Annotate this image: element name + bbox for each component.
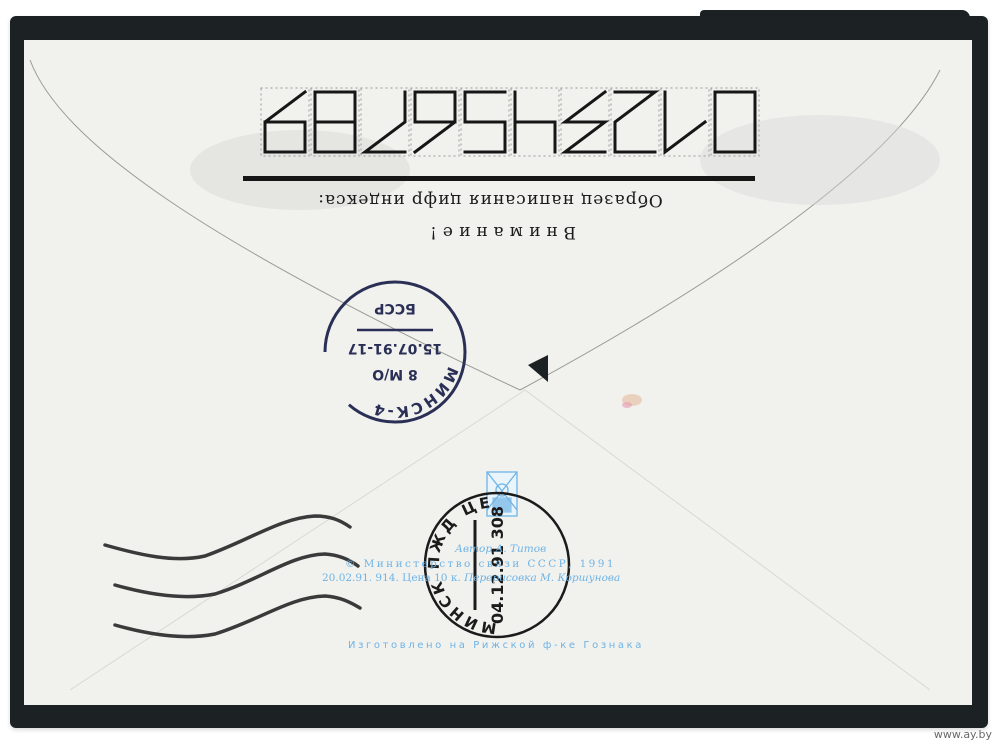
attention-heading: Внимание!	[390, 222, 610, 242]
imprint-print-info: 20.02.91. 914. Цена 10 к. Перерисовка М.…	[322, 572, 620, 584]
postmark-minsk-4: МИНСК-4 8 М/О 15.07.91-17 БССР	[325, 282, 465, 422]
print-info-price: Цена 10 к.	[402, 572, 461, 584]
envelope-scan: МИНСК-4 8 М/О 15.07.91-17 БССР МИНСК ПЖД…	[0, 0, 1000, 745]
svg-text:8 М/О: 8 М/О	[372, 366, 418, 382]
index-underline	[243, 176, 755, 181]
svg-text:15.07.91-17: 15.07.91-17	[348, 340, 442, 356]
imprint-ministry: © Министерство связи СССР, 1991	[345, 558, 616, 570]
print-info-prefix: 20.02.91. 914.	[322, 572, 399, 584]
svg-text:БССР: БССР	[374, 300, 415, 316]
watermark: www.ay.by	[934, 728, 992, 741]
print-info-artist: Перерисовка М. Коршунова	[464, 572, 620, 584]
envelope-graphics: МИНСК-4 8 М/О 15.07.91-17 БССР МИНСК ПЖД…	[0, 0, 1000, 745]
imprint-maker: Изготовлено на Рижской ф-ке Гознака	[348, 640, 644, 651]
flap-gap-triangle	[528, 355, 548, 382]
imprint-author: Автор А. Титов	[455, 543, 546, 555]
index-sample-caption: Образец написания цифр индекса:	[300, 190, 680, 210]
